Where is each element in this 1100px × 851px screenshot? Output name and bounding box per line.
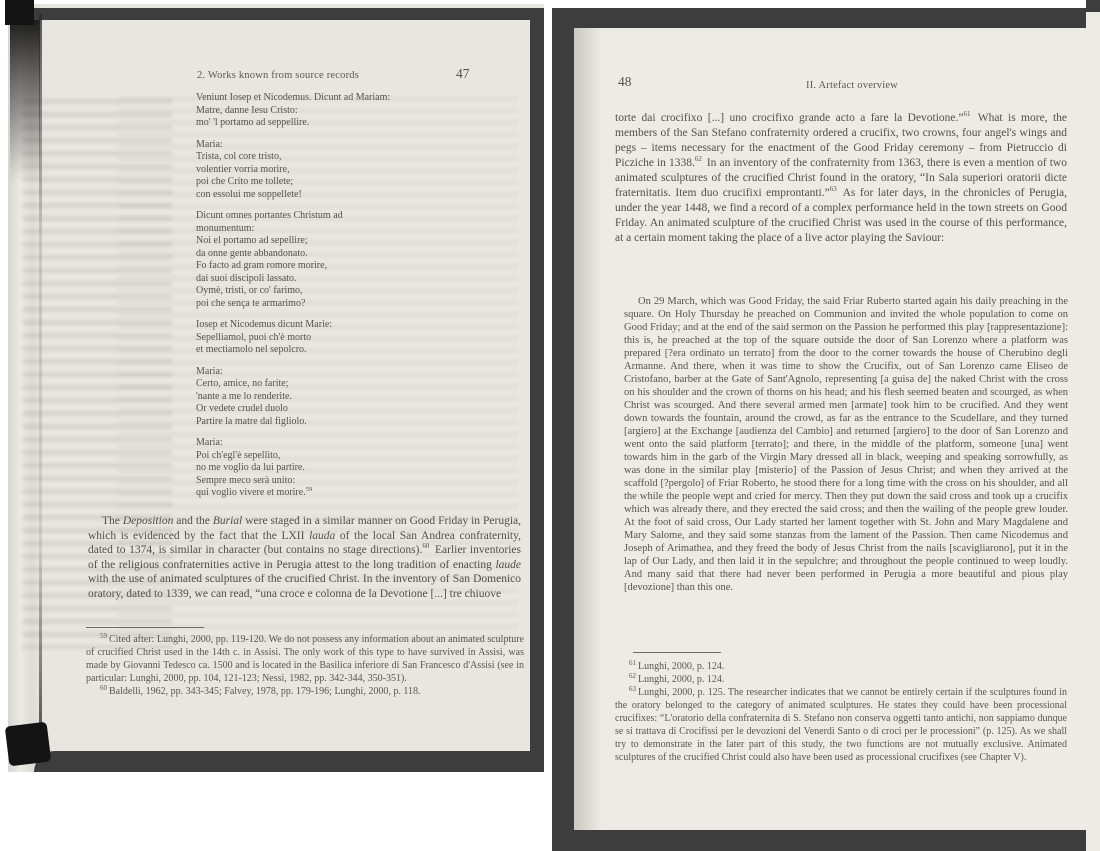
footnote-ref-63: 63 <box>830 185 837 193</box>
stanza-text: Dicunt omnes portantes Christum ad monum… <box>196 210 516 310</box>
footnote-59: 59Cited after: Lunghi, 2000, pp. 119-120… <box>86 633 524 685</box>
running-header-left: 2. Works known from source records <box>128 70 428 81</box>
footnote-text: Lunghi, 2000, p. 125. The researcher ind… <box>615 687 1067 763</box>
right-scan-frame-left <box>552 8 574 851</box>
left-scan-frame-bottom <box>34 751 544 772</box>
stanza-text: Veniunt Iosep et Nicodemus. Dicunt ad Ma… <box>196 92 516 130</box>
stanza-text: Maria: Certo, amice, no farite; 'nante a… <box>196 366 516 429</box>
footnote-separator-right <box>633 652 721 653</box>
para-italic: lauda <box>309 530 335 542</box>
chronicle-block-quote: On 29 March, which was Good Friday, the … <box>624 295 1068 594</box>
verse-stanza: Veniunt Iosep et Nicodemus. Dicunt ad Ma… <box>196 92 516 130</box>
footnotes-right: 61Lunghi, 2000, p. 124. 62Lunghi, 2000, … <box>615 660 1067 764</box>
footnote-text: Cited after: Lunghi, 2000, pp. 119-120. … <box>86 634 524 684</box>
stanza-text: Maria: Poi ch'egl'è sepellito, no me vog… <box>196 437 516 487</box>
footnote-number: 59 <box>100 632 107 640</box>
left-page-paragraph: The Deposition and the Burial were stage… <box>88 514 521 602</box>
verse-stanza: Iosep et Nicodemus dicunt Marie: Sepelli… <box>196 319 516 357</box>
right-scan-corner-notch <box>1086 0 1100 12</box>
para-italic: Deposition <box>123 515 173 527</box>
stanza-text: Iosep et Nicodemus dicunt Marie: Sepelli… <box>196 319 516 357</box>
para-text: The <box>102 515 123 527</box>
footnote-61: 61Lunghi, 2000, p. 124. <box>615 660 1067 673</box>
right-page-scan: 48 II. Artefact overview torte dai croci… <box>552 0 1100 851</box>
left-page-spine-shadow-bottom <box>5 722 52 767</box>
stanza-text: Maria: Trista, col core tristo, volentie… <box>196 139 516 202</box>
verse-final-text: qui voglio vivere et morire. <box>196 487 306 498</box>
footnote-ref-62: 62 <box>695 155 702 163</box>
footnote-number: 63 <box>629 685 636 693</box>
footnote-60: 60Baldelli, 1962, pp. 343-345; Falvey, 1… <box>86 685 524 698</box>
verse-stanza: Maria: Poi ch'egl'è sepellito, no me vog… <box>196 437 516 500</box>
verse-stanza: Dicunt omnes portantes Christum ad monum… <box>196 210 516 310</box>
right-scan-frame-bottom <box>552 830 1086 851</box>
footnote-ref-59: 59 <box>306 486 313 493</box>
right-page-gutter-shadow <box>574 28 602 830</box>
footnote-number: 60 <box>100 684 107 692</box>
left-page-spine-crease <box>39 14 42 758</box>
verse-stanza: Maria: Trista, col core tristo, volentie… <box>196 139 516 202</box>
page-number-right: 48 <box>618 74 632 90</box>
right-page-paragraph: torte dai crocifixo [...] uno crocifixo … <box>615 111 1067 246</box>
left-page-spine-shadow-top <box>10 20 40 190</box>
left-scan-frame-top <box>28 8 544 20</box>
page-number-left: 47 <box>456 66 470 82</box>
footnote-ref-60: 60 <box>422 542 429 550</box>
footnotes-left: 59Cited after: Lunghi, 2000, pp. 119-120… <box>86 633 524 698</box>
verse-final-line: qui voglio vivere et morire.59 <box>196 487 516 500</box>
footnote-number: 62 <box>629 672 636 680</box>
footnote-ref-61: 61 <box>964 110 971 118</box>
para-text: torte dai crocifixo [...] uno crocifixo … <box>615 112 964 124</box>
footnote-text: Baldelli, 1962, pp. 343-345; Falvey, 197… <box>109 686 420 697</box>
left-page-scan: 2. Works known from source records 47 Ve… <box>8 4 544 772</box>
para-italic: laude <box>495 559 521 571</box>
verse-stanza: Maria: Certo, amice, no farite; 'nante a… <box>196 366 516 429</box>
right-scan-top-margin <box>552 0 1086 8</box>
footnote-62: 62Lunghi, 2000, p. 124. <box>615 673 1067 686</box>
right-scan-frame-top <box>552 8 1086 28</box>
para-text: and the <box>173 515 213 527</box>
footnote-text: Lunghi, 2000, p. 124. <box>638 674 724 685</box>
footnote-number: 61 <box>629 659 636 667</box>
footnote-text: Lunghi, 2000, p. 124. <box>638 661 724 672</box>
left-scan-corner-black <box>5 0 34 25</box>
para-italic: Burial <box>213 515 242 527</box>
para-text: with the use of animated sculptures of t… <box>88 573 521 600</box>
book-scan-spread: 2. Works known from source records 47 Ve… <box>0 0 1100 851</box>
left-scan-frame-right <box>530 8 544 772</box>
footnote-63: 63Lunghi, 2000, p. 125. The researcher i… <box>615 686 1067 764</box>
lauda-verse-block: Veniunt Iosep et Nicodemus. Dicunt ad Ma… <box>196 92 516 509</box>
running-header-right: II. Artefact overview <box>702 80 1002 91</box>
footnote-separator-left <box>86 627 204 628</box>
